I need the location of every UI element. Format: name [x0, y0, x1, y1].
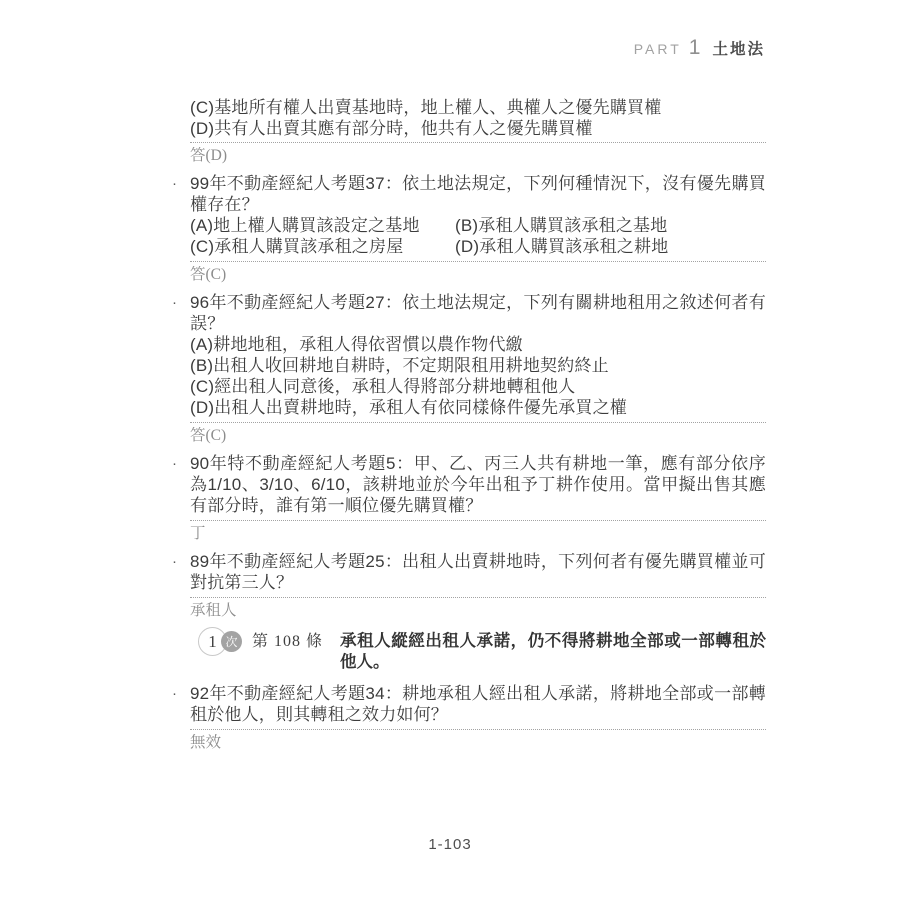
- frequency-unit: 次: [221, 631, 242, 652]
- answer-text-carryover: 答(D): [190, 145, 766, 166]
- option-d: (D)承租人購買該承租之耕地: [455, 236, 766, 257]
- page-header: PART 1 土地法: [634, 36, 765, 60]
- article-text: 承租人縱經出租人承諾，仍不得將耕地全部或一部轉租於他人。: [340, 631, 766, 673]
- page-content: (C)基地所有權人出賣基地時，地上權人、典權人之優先購買權 (D)共有人出賣其應…: [190, 97, 766, 760]
- carryover-option-d: (D)共有人出賣其應有部分時，他共有人之優先購買權: [190, 118, 766, 139]
- answer-block-90-5: 丁: [190, 520, 766, 544]
- option-c: (C)經出租人同意後，承租人得將部分耕地轉租他人: [190, 376, 766, 397]
- article-108-block: 1 次 第 108 條 承租人縱經出租人承諾，仍不得將耕地全部或一部轉租於他人。: [190, 631, 766, 673]
- book-page: PART 1 土地法 (C)基地所有權人出賣基地時，地上權人、典權人之優先購買權…: [0, 0, 900, 900]
- answer-block-89-25: 承租人: [190, 597, 766, 621]
- part-label: PART: [634, 41, 682, 57]
- answer-text-99-37: 答(C): [190, 264, 766, 285]
- frequency-badge: 1 次: [198, 627, 242, 656]
- answer-text-92-34: 無效: [190, 732, 766, 753]
- question-92-34: · 92年不動產經紀人考題34：耕地承租人經出租人承諾，將耕地全部或一部轉租於他…: [190, 683, 766, 725]
- option-d: (D)出租人出賣耕地時，承租人有依同樣條件優先承買之權: [190, 397, 766, 418]
- options-grid-99-37: (A)地上權人購買該設定之基地 (B)承租人購買該承租之基地 (C)承租人購買該…: [190, 215, 766, 257]
- carryover-option-c: (C)基地所有權人出賣基地時，地上權人、典權人之優先購買權: [190, 97, 766, 118]
- answer-block-carryover: 答(D): [190, 142, 766, 166]
- question-stem-99-37: 99年不動產經紀人考題37：依土地法規定，下列何種情況下，沒有優先購買權存在？: [190, 173, 766, 215]
- option-c: (C)承租人購買該承租之房屋: [190, 236, 455, 257]
- question-stem-92-34: 92年不動產經紀人考題34：耕地承租人經出租人承諾，將耕地全部或一部轉租於他人，…: [190, 683, 766, 725]
- option-a: (A)耕地地租，承租人得依習慣以農作物代繳: [190, 334, 766, 355]
- answer-block-96-27: 答(C): [190, 422, 766, 446]
- carryover-options: (C)基地所有權人出賣基地時，地上權人、典權人之優先購買權 (D)共有人出賣其應…: [190, 97, 766, 139]
- answer-text-96-27: 答(C): [190, 425, 766, 446]
- question-stem-89-25: 89年不動產經紀人考題25：出租人出賣耕地時，下列何者有優先購買權並可對抗第三人…: [190, 551, 766, 593]
- answer-text-89-25: 承租人: [190, 600, 766, 621]
- option-b: (B)承租人購買該承租之基地: [455, 215, 766, 236]
- question-90-5: · 90年特不動產經紀人考題5：甲、乙、丙三人共有耕地一筆，應有部分依序為1/1…: [190, 453, 766, 516]
- answer-text-90-5: 丁: [190, 523, 766, 544]
- bullet-dot: ·: [172, 455, 177, 472]
- question-stem-96-27: 96年不動產經紀人考題27：依土地法規定，下列有關耕地租用之敘述何者有誤？: [190, 292, 766, 334]
- question-96-27: · 96年不動產經紀人考題27：依土地法規定，下列有關耕地租用之敘述何者有誤？ …: [190, 292, 766, 418]
- question-89-25: · 89年不動產經紀人考題25：出租人出賣耕地時，下列何者有優先購買權並可對抗第…: [190, 551, 766, 593]
- bullet-dot: ·: [172, 685, 177, 702]
- bullet-dot: ·: [172, 553, 177, 570]
- bullet-dot: ·: [172, 294, 177, 311]
- question-stem-90-5: 90年特不動產經紀人考題5：甲、乙、丙三人共有耕地一筆，應有部分依序為1/10、…: [190, 453, 766, 516]
- part-number: 1: [689, 36, 701, 60]
- answer-block-92-34: 無效: [190, 729, 766, 753]
- option-b: (B)出租人收回耕地自耕時，不定期限租用耕地契約終止: [190, 355, 766, 376]
- article-number: 第 108 條: [252, 631, 323, 652]
- bullet-dot: ·: [172, 175, 177, 192]
- page-footer: 1-103: [0, 836, 900, 853]
- option-a: (A)地上權人購買該設定之基地: [190, 215, 455, 236]
- page-number: 1-103: [428, 836, 471, 853]
- chapter-title: 土地法: [712, 37, 765, 59]
- answer-block-99-37: 答(C): [190, 261, 766, 285]
- question-99-37: · 99年不動產經紀人考題37：依土地法規定，下列何種情況下，沒有優先購買權存在…: [190, 173, 766, 257]
